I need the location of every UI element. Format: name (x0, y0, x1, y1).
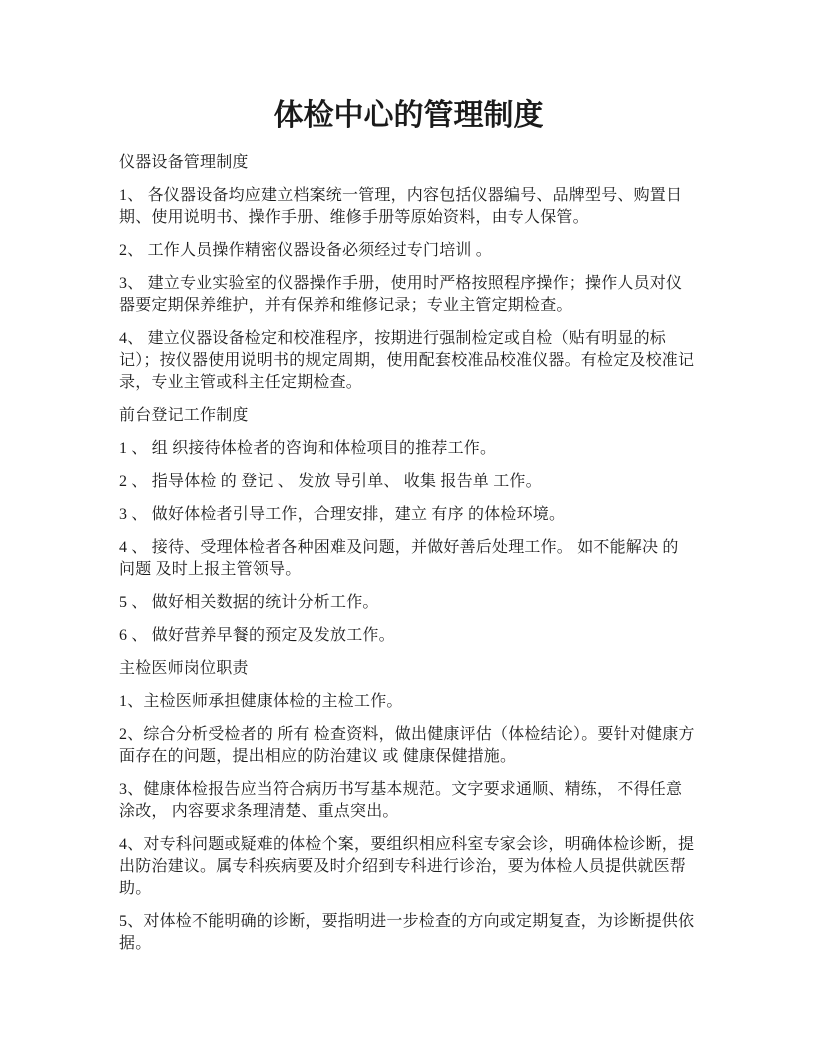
section-heading-chief-physician: 主检医师岗位职责 (119, 658, 698, 680)
list-paragraph: 1 、 组 织接待体检者的咨询和体检项目的推荐工作。 (119, 438, 698, 460)
list-paragraph: 2 、 指导体检 的 登记 、 发放 导引单、 收集 报告单 工作。 (119, 471, 698, 493)
list-paragraph: 3、健康体检报告应当符合病历书写基本规范。文字要求通顺、精练， 不得任意涂改， … (119, 779, 698, 823)
list-paragraph: 4、对专科问题或疑难的体检个案，要组织相应科室专家会诊，明确体检诊断，提出防治建… (119, 834, 698, 900)
list-paragraph: 1、 各仪器设备均应建立档案统一管理，内容包括仪器编号、品牌型号、购置日期、使用… (119, 185, 698, 229)
list-paragraph: 6 、 做好营养早餐的预定及发放工作。 (119, 625, 698, 647)
list-paragraph: 5 、 做好相关数据的统计分析工作。 (119, 592, 698, 614)
page-title: 体检中心的管理制度 (119, 96, 698, 136)
list-paragraph: 5、对体检不能明确的诊断，要指明进一步检查的方向或定期复查，为诊断提供依据。 (119, 911, 698, 955)
list-paragraph: 4 、 接待、受理体检者各种困难及问题，并做好善后处理工作。 如不能解决 的 问… (119, 537, 698, 581)
list-paragraph: 3 、 做好体检者引导工作，合理安排，建立 有序 的体检环境。 (119, 504, 698, 526)
section-heading-equipment: 仪器设备管理制度 (119, 152, 698, 174)
list-paragraph: 3、 建立专业实验室的仪器操作手册，使用时严格按照程序操作；操作人员对仪器要定期… (119, 273, 698, 317)
document-page: 体检中心的管理制度 仪器设备管理制度 1、 各仪器设备均应建立档案统一管理，内容… (0, 0, 816, 1056)
list-paragraph: 2、 工作人员操作精密仪器设备必须经过专门培训 。 (119, 240, 698, 262)
section-heading-front-desk: 前台登记工作制度 (119, 405, 698, 427)
list-paragraph: 1、主检医师承担健康体检的主检工作。 (119, 691, 698, 713)
list-paragraph: 2、综合分析受检者的 所有 检查资料，做出健康评估（体检结论）。要针对健康方面存… (119, 724, 698, 768)
list-paragraph: 4、 建立仪器设备检定和校准程序，按期进行强制检定或自检（贴有明显的标记）；按仪… (119, 328, 698, 394)
